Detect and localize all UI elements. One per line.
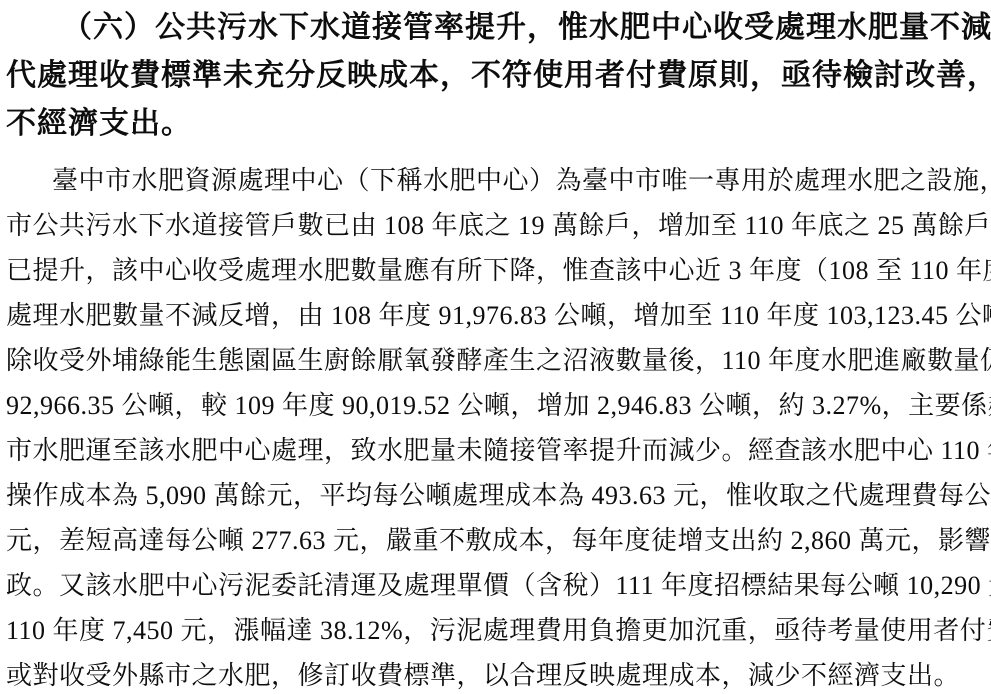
paragraph-line: 元，差短高達每公噸 277.63 元，嚴重不敷成本，每年度徒增支出約 2,860… — [6, 518, 983, 563]
paragraph-line: 臺中市水肥資源處理中心（下稱水肥中心）為臺中市唯一專用於處理水肥之設施，按臺中 — [6, 158, 983, 203]
paragraph-line: 處理水肥數量不減反增，由 108 年度 91,976.83 公噸，增加至 110… — [6, 293, 983, 338]
document-page: （六）公共污水下水道接管率提升，惟水肥中心收受處理水肥量不減反增， 代處理收費標… — [0, 0, 991, 694]
paragraph-line: 操作成本為 5,090 萬餘元，平均每公噸處理成本為 493.63 元，惟收取之… — [6, 473, 983, 518]
paragraph-line: 或對收受外縣市之水肥，修訂收費標準，以合理反映處理成本，減少不經濟支出。 — [6, 653, 983, 694]
paragraph-line: 110 年度 7,450 元，漲幅達 38.12%，污泥處理費用負擔更加沉重，亟… — [6, 608, 983, 653]
section-heading-line: 代處理收費標準未充分反映成本，不符使用者付費原則，亟待檢討改善，以減少 — [6, 52, 983, 100]
paragraph-line: 市公共污水下水道接管戶數已由 108 年底之 19 萬餘戶，增加至 110 年底… — [6, 203, 983, 248]
paragraph-line: 已提升，該中心收受處理水肥數量應有所下降，惟查該中心近 3 年度（108 至 1… — [6, 248, 983, 293]
section-heading-line: （六）公共污水下水道接管率提升，惟水肥中心收受處理水肥量不減反增， — [6, 4, 983, 52]
section-heading-line: 不經濟支出。 — [6, 100, 983, 148]
paragraph-line: 市水肥運至該水肥中心處理，致水肥量未隨接管率提升而減少。經查該水肥中心 110 … — [6, 428, 983, 473]
paragraph-line: 92,966.35 公噸，較 109 年度 90,019.52 公噸，增加 2,… — [6, 383, 983, 428]
body-paragraph: 臺中市水肥資源處理中心（下稱水肥中心）為臺中市唯一專用於處理水肥之設施，按臺中 … — [6, 158, 983, 694]
paragraph-line: 除收受外埔綠能生態園區生廚餘厭氧發酵產生之沼液數量後，110 年度水肥進廠數量仍… — [6, 338, 983, 383]
paragraph-line: 政。又該水肥中心污泥委託清運及處理單價（含稅）111 年度招標結果每公噸 10,… — [6, 563, 983, 608]
section-heading: （六）公共污水下水道接管率提升，惟水肥中心收受處理水肥量不減反增， 代處理收費標… — [6, 4, 983, 148]
